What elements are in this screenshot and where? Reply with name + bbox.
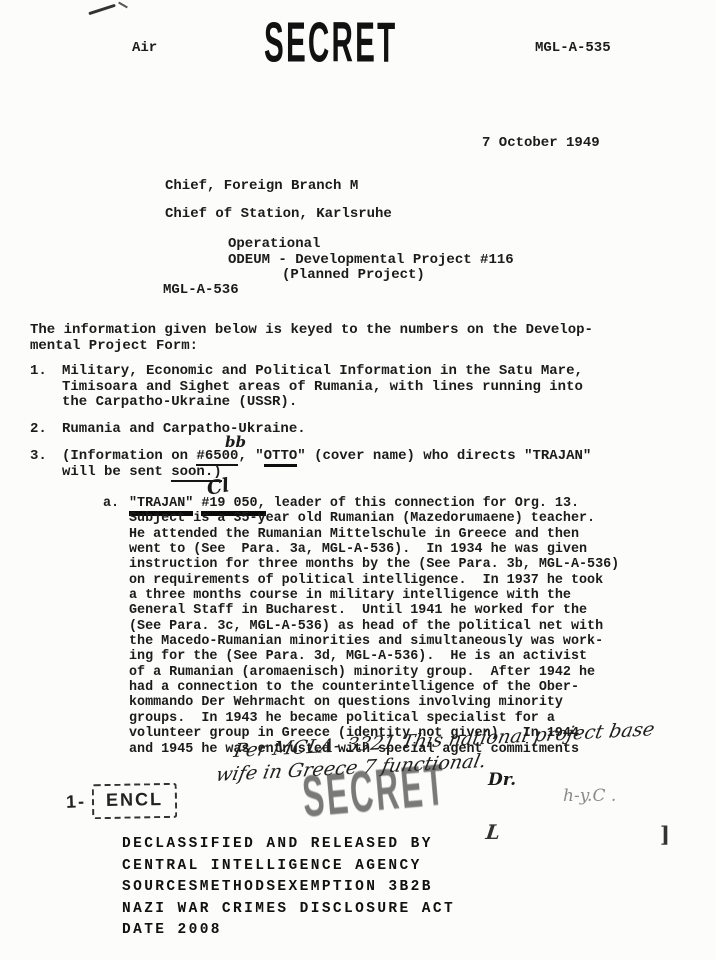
item-3a-line: ing for the (See Para. 3d, MGL-A-536). H… [129, 649, 619, 664]
declass-line: SOURCESMETHODSEXEMPTION 3B2B [122, 877, 455, 899]
item-number: 1. [30, 364, 47, 380]
item-3a-line: of a Rumanian (aromaenisch) minority gro… [129, 665, 619, 680]
document-page: Air SECRET MGL-A-535 7 October 1949 Chie… [0, 0, 716, 960]
enclosure-count: 1- [66, 791, 87, 812]
secret-stamp-bottom: SECRET [300, 753, 449, 831]
item-3-text: (Information on [62, 448, 196, 464]
item-3a-line: General Staff in Bucharest. Until 1941 h… [129, 603, 619, 618]
pencil-bracket-mark: ] [660, 822, 670, 847]
declass-line: DECLASSIFIED AND RELEASED BY [122, 834, 455, 856]
declass-line: DATE 2008 [122, 920, 455, 942]
item-3a-text: leader of this connection for Org. 13. [266, 496, 579, 511]
pencil-mark [88, 4, 115, 15]
secret-stamp-top: SECRET [264, 12, 397, 76]
declass-line: CENTRAL INTELLIGENCE AGENCY [122, 856, 455, 878]
item-3a-line: had a connection to the counterintellige… [129, 680, 619, 695]
recipient-line: Chief, Foreign Branch M [165, 179, 358, 195]
list-item-3a: a. Cl "TRAJAN" #19 050, leader of this c… [103, 496, 619, 757]
reference-number: MGL-A-536 [163, 283, 239, 299]
item-3a-line: instruction for three months by the (See… [129, 557, 619, 572]
subject-block: Operational ODEUM - Developmental Projec… [228, 237, 514, 284]
intro-paragraph: The information given below is keyed to … [30, 323, 593, 354]
routing-label: Air [132, 41, 157, 57]
item-3-line-2: will be sent soon.) [62, 465, 591, 481]
enclosure-label: ENCL [92, 783, 178, 819]
faint-pencil-note: h-y.C . [563, 786, 616, 806]
item-number: 3. [30, 449, 47, 465]
pencil-check-mark: L [482, 820, 504, 844]
handwritten-annotation: Cl [206, 478, 231, 497]
item-3-text: " [255, 448, 263, 464]
date-line: 7 October 1949 [482, 136, 600, 152]
pencil-mark [118, 2, 128, 9]
item-1-line: Military, Economic and Political Informa… [62, 364, 583, 380]
handwritten-initials: Dr. [488, 770, 516, 790]
item-2-line: Rumania and Carpatho-Ukraine. [62, 422, 306, 438]
item-3-text: will be sent [62, 464, 171, 480]
enclosure-stamp: 1-ENCL [65, 782, 177, 821]
item-3a-line: (See Para. 3c, MGL-A-536) as head of the… [129, 619, 619, 634]
list-item-2: 2. Rumania and Carpatho-Ukraine. [30, 422, 306, 438]
item-3a-line: went to (See Para. 3a, MGL-A-536). In 19… [129, 542, 619, 557]
intro-line-2: mental Project Form: [30, 339, 593, 355]
document-number: MGL-A-535 [535, 41, 611, 57]
item-3a-line: kommando Der Wehrmacht on questions invo… [129, 695, 619, 710]
declassification-stamp: DECLASSIFIED AND RELEASED BY CENTRAL INT… [122, 834, 455, 942]
cover-name-otto: OTTO [264, 448, 298, 467]
list-item-3: 3. bb (Information on #6500, "OTTO" (cov… [30, 449, 591, 480]
item-3a-line-1: "TRAJAN" #19 050, leader of this connect… [129, 496, 619, 511]
item-3-text: (cover name) who directs "TRAJAN" [306, 448, 592, 464]
item-number: 2. [30, 422, 47, 438]
item-1-line: the Carpatho-Ukraine (USSR). [62, 395, 583, 411]
handwritten-annotation: bb [225, 435, 246, 451]
subject-line-3: (Planned Project) [228, 268, 514, 284]
subject-line-1: Operational [228, 237, 514, 253]
item-3a-line: the Macedo-Rumanian minorities and simul… [129, 634, 619, 649]
item-3-text: " [297, 448, 305, 464]
item-3-line-1: (Information on #6500, "OTTO" (cover nam… [62, 449, 591, 465]
item-3a-line: He attended the Rumanian Mittelschule in… [129, 527, 619, 542]
item-3a-line: a three months course in military intell… [129, 588, 619, 603]
sender-line: Chief of Station, Karlsruhe [165, 207, 392, 223]
item-1-line: Timisoara and Sighet areas of Rumania, w… [62, 380, 583, 396]
subject-line-2: ODEUM - Developmental Project #116 [228, 253, 514, 269]
item-3a-line: Subject is a 35-year old Rumanian (Mazed… [129, 511, 619, 526]
declass-line: NAZI WAR CRIMES DISCLOSURE ACT [122, 899, 455, 921]
list-item-1: 1. Military, Economic and Political Info… [30, 364, 583, 411]
item-label: a. [103, 496, 119, 511]
item-3a-line: on requirements of political intelligenc… [129, 573, 619, 588]
intro-line-1: The information given below is keyed to … [30, 323, 593, 339]
